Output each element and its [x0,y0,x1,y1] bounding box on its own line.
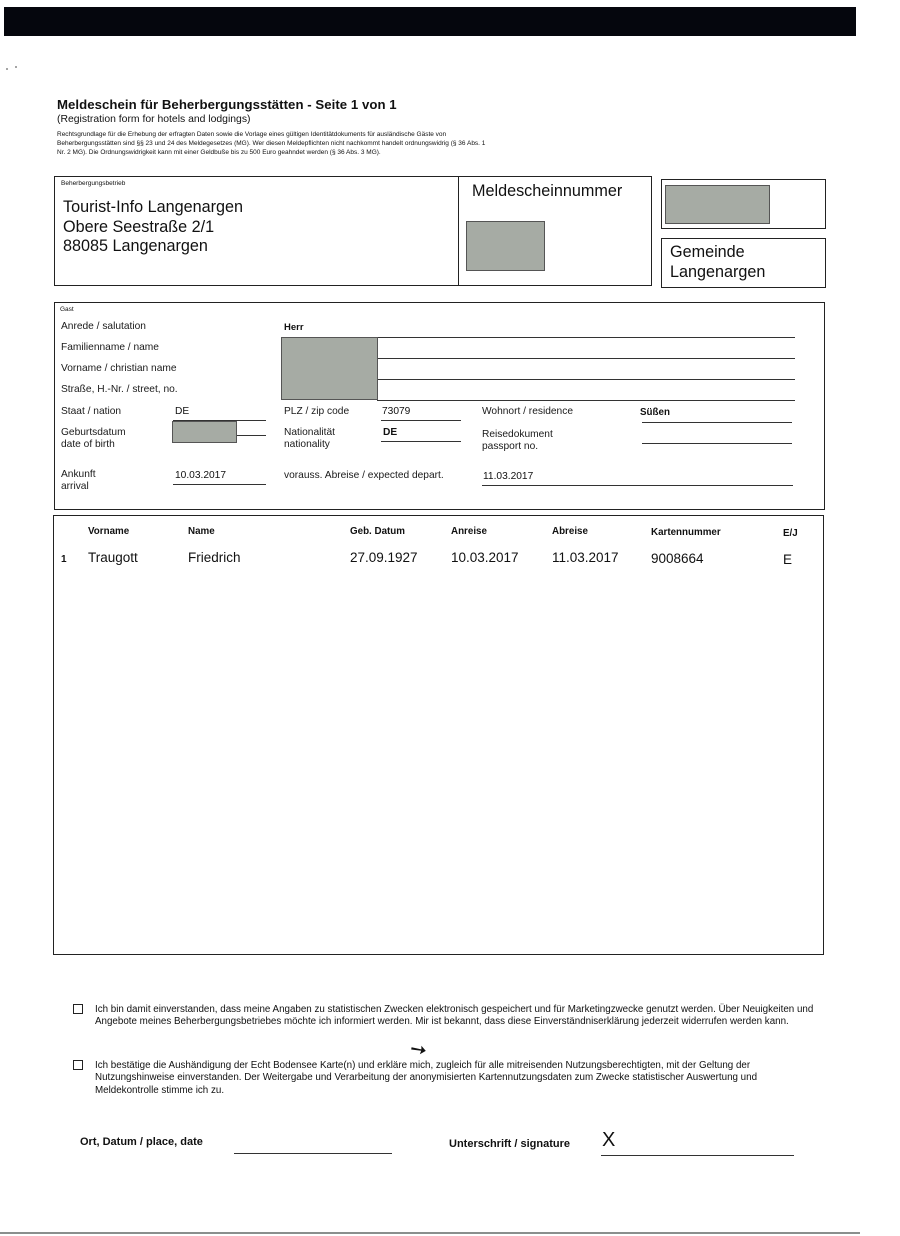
dob-label-de: Geburtsdatum [61,427,126,439]
salutation-label: Anrede / salutation [61,321,146,333]
street-label: Straße, H.-Nr. / street, no. [61,384,178,396]
registration-number-label: Meldescheinnummer [472,182,622,202]
cell-geb-datum: 27.09.1927 [350,550,418,565]
departure-label: vorauss. Abreise / expected depart. [284,470,444,482]
code-redacted [665,185,770,224]
form-title: Meldeschein für Beherbergungsstätten - S… [57,97,397,112]
passport-label-en: passport no. [482,441,553,453]
nationality-label: Nationalität nationality [284,427,335,451]
place-date-line [234,1153,392,1154]
scan-speck [6,68,8,70]
municipality-text: Gemeinde Langenargen [670,243,765,282]
dob-redacted [172,421,237,443]
legal-line: Beherbergungsstätten sind §§ 23 und 24 d… [57,139,627,148]
nation-value[interactable]: DE [175,406,189,417]
column-header-vorname: Vorname [88,526,129,537]
row-index: 1 [61,554,67,565]
municipality-name: Langenargen [670,263,765,283]
scan-speck [15,66,17,68]
zip-value[interactable]: 73079 [382,406,410,417]
guest-label: Gast [60,306,74,313]
consent-card-checkbox[interactable] [73,1060,83,1070]
form-subtitle: (Registration form for hotels and lodgin… [57,114,250,125]
nation-label: Staat / nation [61,406,121,418]
firstname-line[interactable] [377,379,795,380]
registration-number-redacted [466,221,545,271]
column-header-kartennummer: Kartennummer [651,527,721,538]
column-header-ej: E/J [783,528,798,539]
residence-line [642,422,792,423]
column-header-anreise: Anreise [451,526,487,537]
lodging-street: Obere Seestraße 2/1 [63,218,243,238]
lodging-box: Beherbergungsbetrieb Tourist-Info Langen… [54,176,459,286]
consent-marketing-checkbox[interactable] [73,1004,83,1014]
departure-value[interactable]: 11.03.2017 [483,471,533,482]
municipality-label: Gemeinde [670,243,765,263]
nationality-value[interactable]: DE [383,427,397,438]
surname-line[interactable] [377,358,795,359]
guest-list-table: Vorname Name Geb. Datum Anreise Abreise … [53,515,824,955]
lodging-label: Beherbergungsbetrieb [61,180,125,187]
passport-line [642,443,792,444]
arrival-label: Ankunft arrival [61,469,96,493]
lodging-name: Tourist-Info Langenargen [63,198,243,218]
passport-label: Reisedokument passport no. [482,429,553,453]
residence-label: Wohnort / residence [482,406,573,418]
salutation-value[interactable]: Herr [284,322,304,333]
lodging-city: 88085 Langenargen [63,237,243,257]
cell-name: Friedrich [188,550,241,565]
surname-label: Familienname / name [61,342,159,354]
signature-mark: X [602,1129,615,1152]
code-box [661,179,826,229]
nationality-label-en: nationality [284,439,335,451]
municipality-box: Gemeinde Langenargen [661,238,826,288]
arrival-label-en: arrival [61,481,96,493]
dob-label: Geburtsdatum date of birth [61,427,126,451]
registration-number-box: Meldescheinnummer [458,176,652,286]
nationality-label-de: Nationalität [284,427,335,439]
nationality-line [381,441,461,442]
cell-anreise: 10.03.2017 [451,550,519,565]
cell-kartennummer: 9008664 [651,551,704,566]
guest-box: Gast Anrede / salutation Herr Familienna… [54,302,825,510]
column-header-geb-datum: Geb. Datum [350,526,405,537]
lodging-address: Tourist-Info Langenargen Obere Seestraße… [63,198,243,257]
zip-line [381,420,461,421]
street-line[interactable] [377,400,795,401]
personal-data-redacted [281,337,378,400]
arrival-label-de: Ankunft [61,469,96,481]
signature-label: Unterschrift / signature [449,1138,570,1150]
place-date-label: Ort, Datum / place, date [80,1136,203,1148]
signature-line[interactable] [601,1155,794,1156]
cell-vorname: Traugott [88,550,138,565]
scan-redaction-bar [4,7,856,36]
cell-ej: E [783,552,792,567]
consent-marketing-text: Ich bin damit einverstanden, dass meine … [95,1004,815,1029]
scan-bottom-line [0,1232,860,1234]
cell-abreise: 11.03.2017 [552,550,619,565]
column-header-abreise: Abreise [552,526,588,537]
arrival-value[interactable]: 10.03.2017 [175,470,226,481]
legal-notice: Rechtsgrundlage für die Erhebung der erf… [57,130,627,158]
zip-label: PLZ / zip code [284,406,349,418]
legal-line: Nr. 2 MG). Die Ordnungswidrigkeit kann m… [57,148,627,157]
residence-value[interactable]: Süßen [640,407,670,418]
place-date-field[interactable] [236,1136,392,1152]
column-header-name: Name [188,526,215,537]
dob-label-en: date of birth [61,439,126,451]
firstname-label: Vorname / christian name [61,363,177,375]
table-row[interactable]: 1 Traugott Friedrich 27.09.1927 10.03.20… [54,550,823,572]
consent-card-text: Ich bestätige die Aushändigung der Echt … [95,1060,815,1097]
legal-line: Rechtsgrundlage für die Erhebung der erf… [57,130,627,139]
departure-line [482,485,793,486]
arrival-line [173,484,266,485]
passport-label-de: Reisedokument [482,429,553,441]
